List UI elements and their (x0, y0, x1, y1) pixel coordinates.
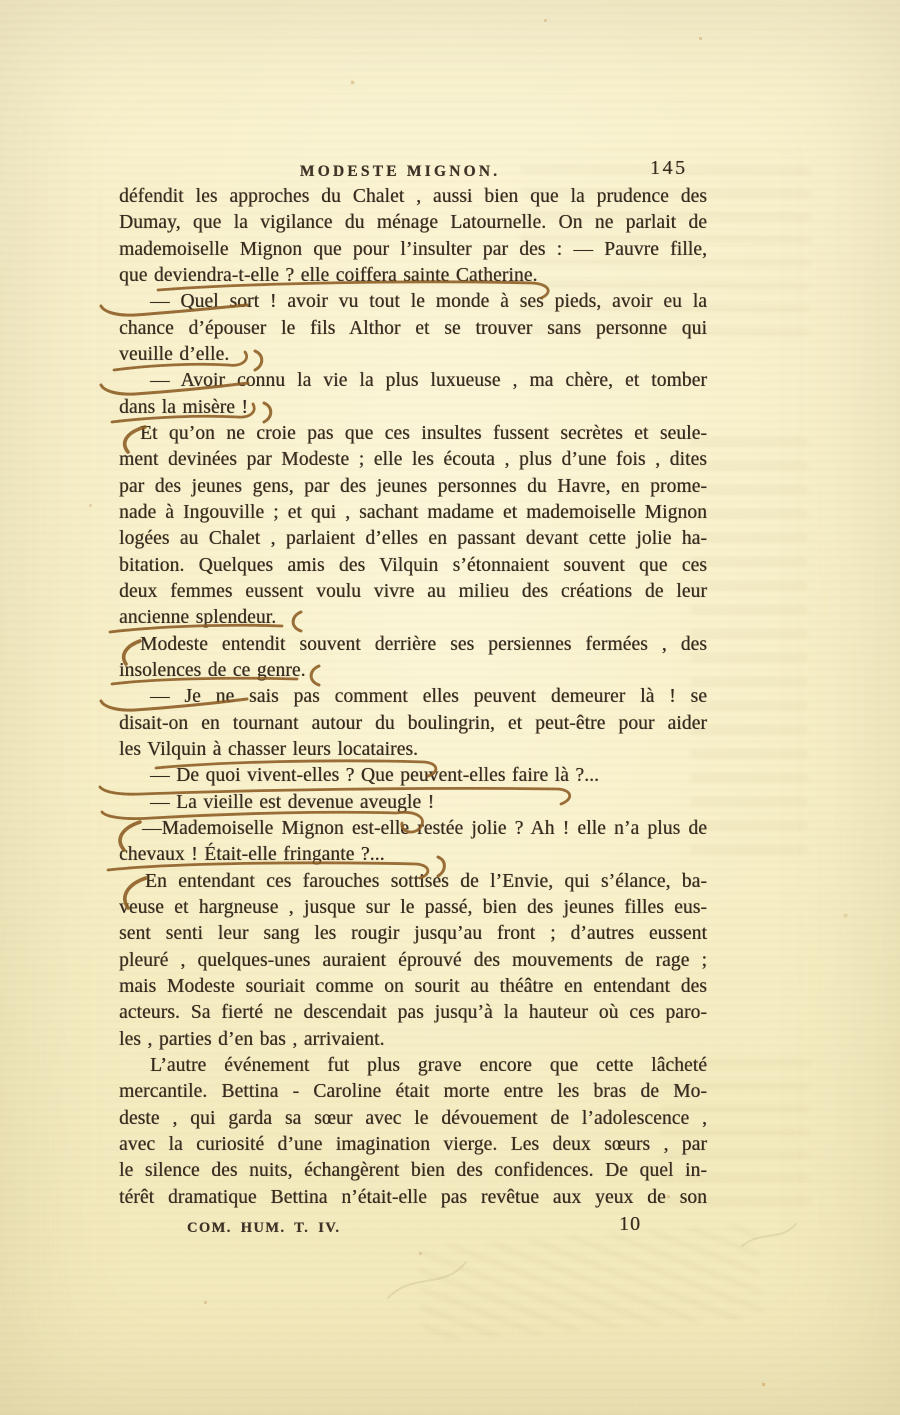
foxing-specks (0, 0, 1, 1)
body-line: ancienne splendeur. (119, 605, 707, 631)
body-line: mais Modeste souriait comme on sourit au… (119, 974, 707, 1000)
body-line: par des jeunes gens, par des jeunes pers… (119, 474, 707, 500)
body-line: les , parties d’en bas , arrivaient. (119, 1027, 707, 1053)
body-line: En entendant ces farouches sottises de l… (145, 869, 707, 895)
body-line: veuse et hargneuse , jusque sur le passé… (119, 895, 707, 921)
running-title: MODESTE MIGNON. (290, 163, 510, 181)
body-line: térêt dramatique Bettina n’était-elle pa… (119, 1185, 707, 1211)
show-through-text (690, 430, 808, 870)
body-line: L’autre événement fut plus grave encore … (150, 1053, 707, 1079)
body-line: mercantile. Bettina - Caroline était mor… (119, 1079, 707, 1105)
body-line: — Je ne sais pas comment elles peuvent d… (150, 684, 707, 710)
body-line: nade à Ingouville ; et qui , sachant mad… (119, 500, 707, 526)
body-line: dans la misère ! (119, 395, 707, 421)
body-line: le silence des nuits, échangèrent bien d… (119, 1158, 707, 1184)
body-line: Dumay, que la vigilance du ménage Latour… (119, 210, 707, 236)
sheet-number: 10 (619, 1213, 641, 1236)
body-line: — De quoi vivent-elles ? Que peuvent-ell… (150, 763, 707, 789)
body-line: bitation. Quelques amis des Vilquin s’ét… (119, 553, 707, 579)
body-line: Modeste entendit souvent derrière ses pe… (140, 632, 707, 658)
body-line: avec la curiosité d’une imagination vier… (119, 1132, 707, 1158)
body-line: pleuré , quelques-unes auraient éprouvé … (119, 948, 707, 974)
body-line: ment devinées par Modeste ; elle les éco… (119, 447, 707, 473)
signature-mark: COM. HUM. T. IV. (187, 1220, 340, 1237)
body-line: disait-on en tournant autour du boulingr… (119, 711, 707, 737)
body-line: — Quel sort ! avoir vu tout le monde à s… (150, 289, 707, 315)
body-line: que deviendra-t-elle ? elle coiffera sai… (119, 263, 707, 289)
body-line: les Vilquin à chasser leurs locataires. (119, 737, 707, 763)
show-through-text (417, 1223, 763, 1341)
body-line: deux femmes eussent voulu vivre au milie… (119, 579, 707, 605)
body-line: chevaux ! Était-elle fringante ?... (119, 842, 707, 868)
page-number: 145 (650, 157, 688, 180)
body-line: logées au Chalet , parlaient d’elles en … (119, 526, 707, 552)
body-line: chance d’épouser le fils Althor et se tr… (119, 316, 707, 342)
book-page-scan: MODESTE MIGNON. 145 défendit les approch… (0, 0, 900, 1415)
body-line: — La vieille est devenue aveugle ! (150, 790, 707, 816)
body-line: insolences de ce genre. (119, 658, 707, 684)
body-line: Et qu’on ne croie pas que ces insultes f… (140, 421, 707, 447)
body-line: veuille d’elle. (119, 342, 707, 368)
body-line: —Mademoiselle Mignon est-elle restée jol… (142, 816, 707, 842)
body-line: deste , qui garda sa sœur avec le dévoue… (119, 1106, 707, 1132)
body-line: mademoiselle Mignon que pour l’insulter … (119, 237, 707, 263)
body-line: sent senti leur sang les rougir jusqu’au… (119, 921, 707, 947)
body-line: acteurs. Sa fierté ne descendait pas jus… (119, 1000, 707, 1026)
body-line: défendit les approches du Chalet , aussi… (119, 184, 707, 210)
body-line: — Avoir connu la vie la plus luxueuse , … (150, 368, 707, 394)
